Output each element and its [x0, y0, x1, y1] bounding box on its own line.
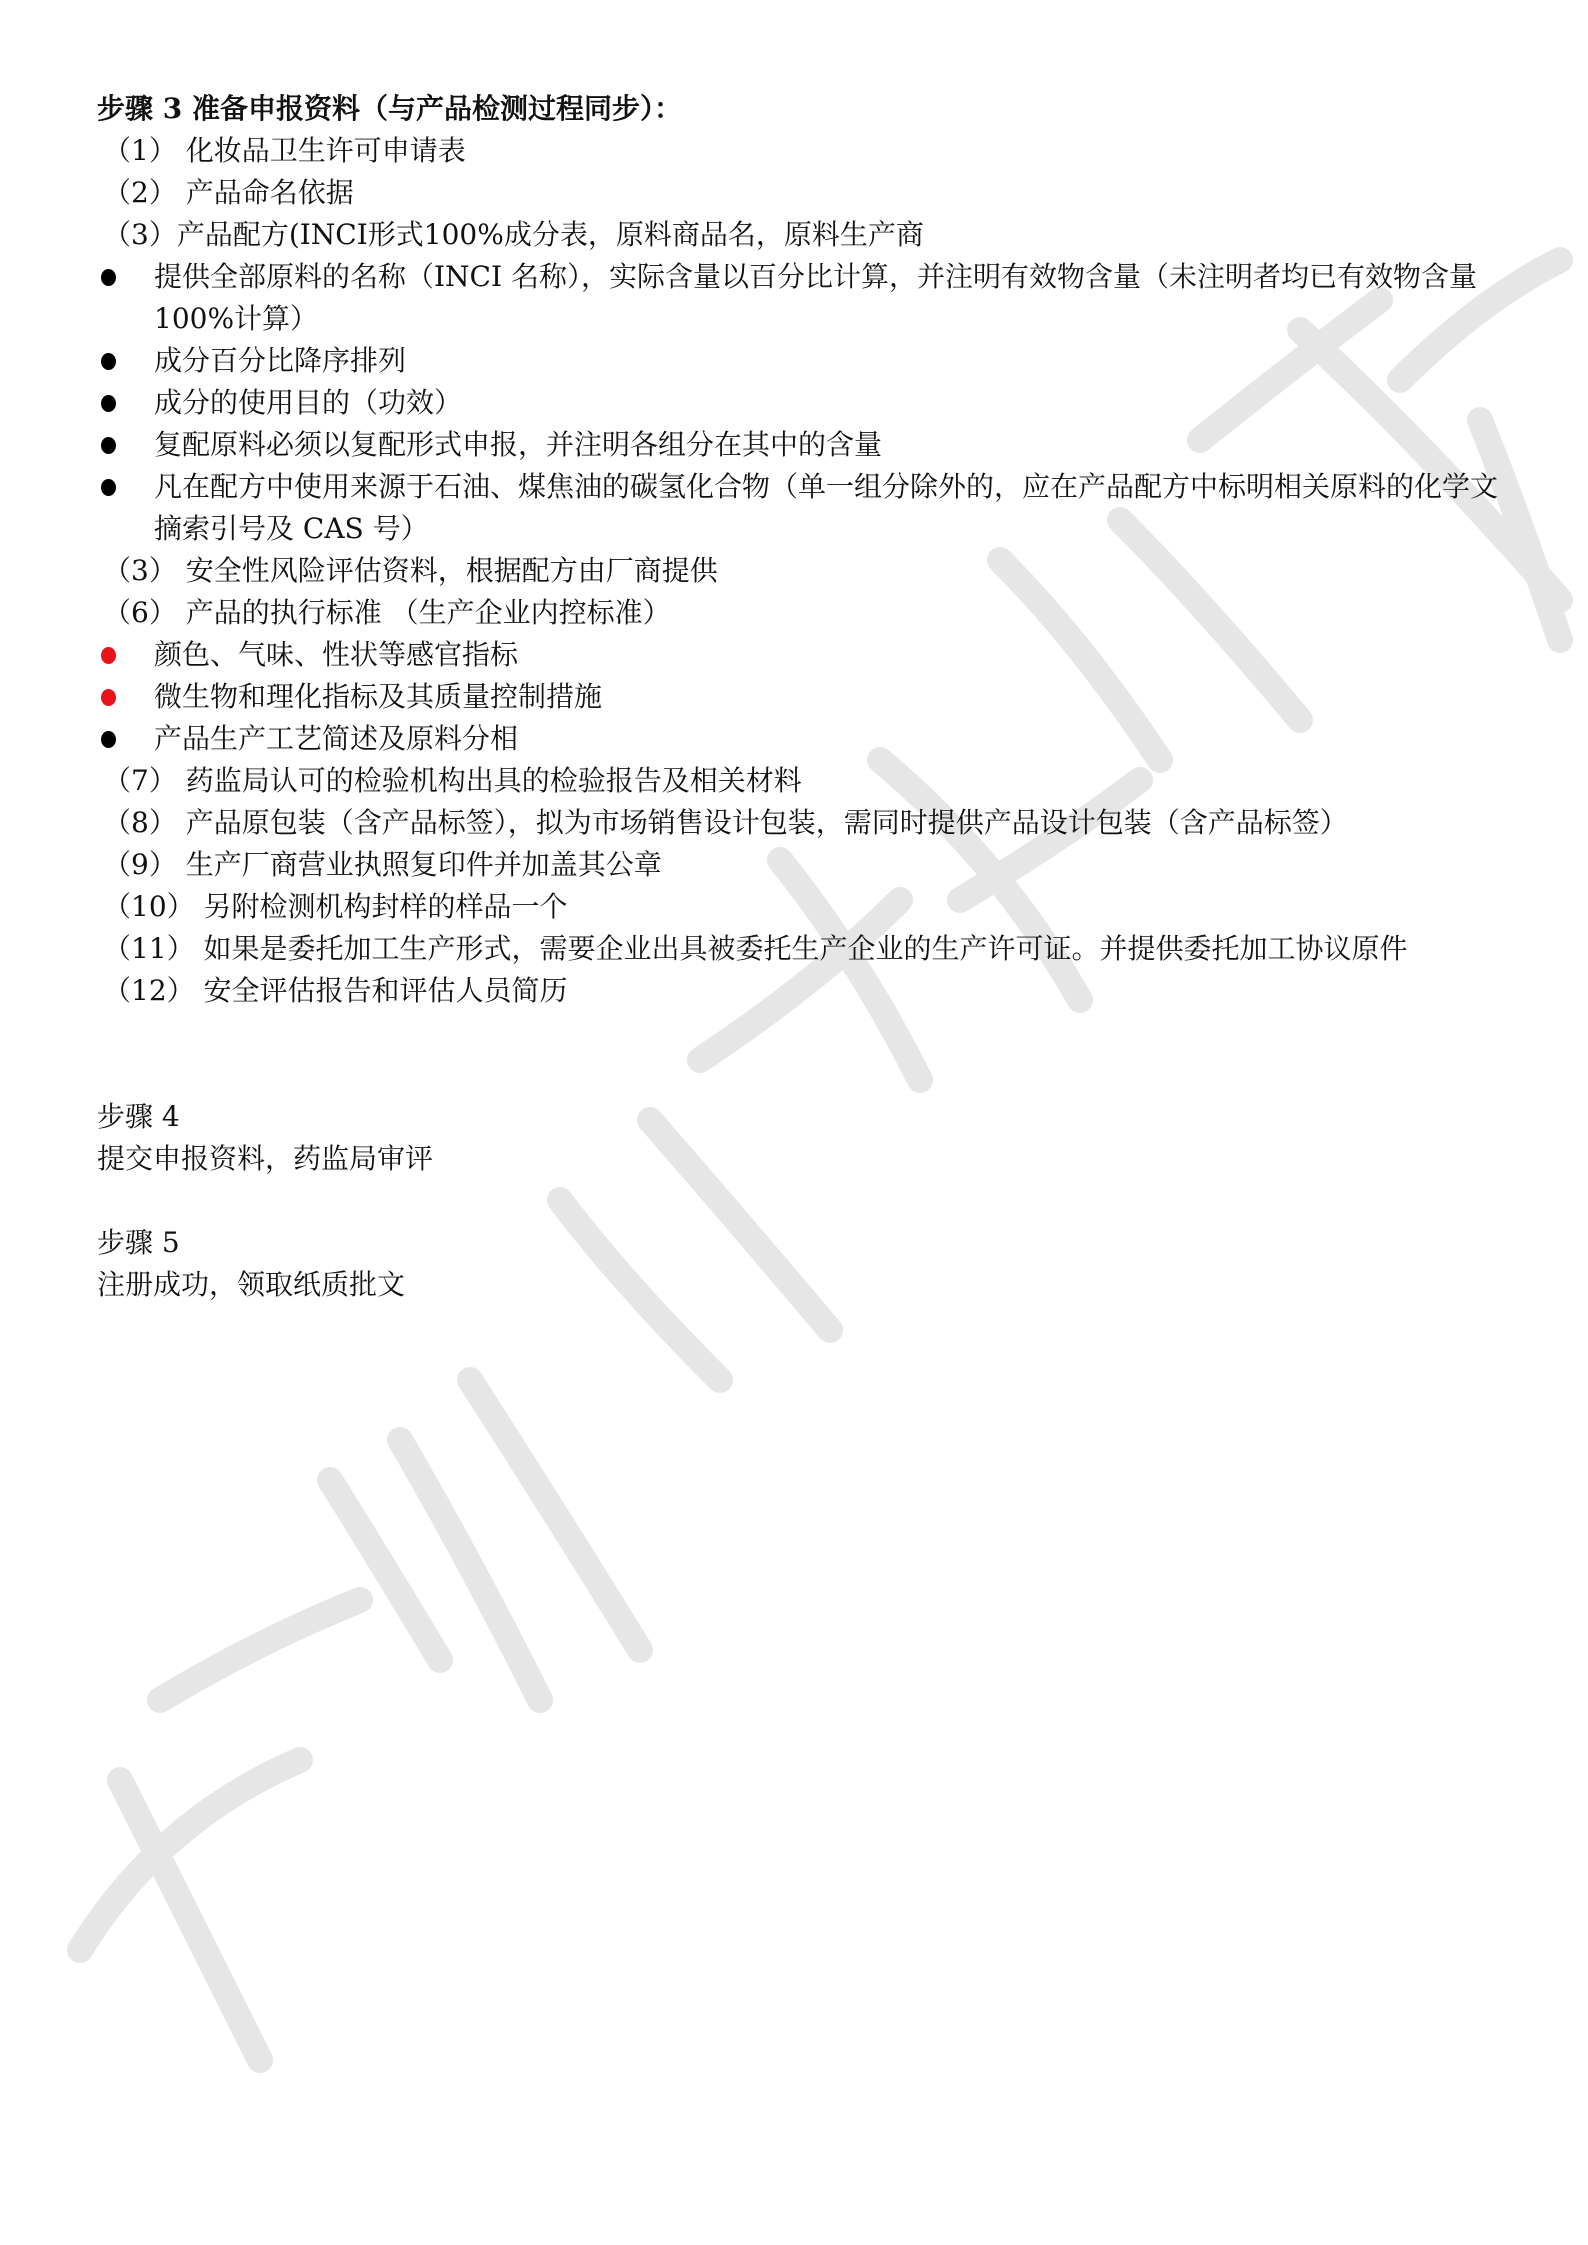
- bullet-text: 颜色、气味、性状等感官指标: [154, 638, 518, 671]
- item-10: （10） 另附检测机构封样的样品一个: [97, 886, 1517, 928]
- step4-title: 步骤 4: [97, 1096, 1517, 1138]
- item-7: （7） 药监局认可的检验机构出具的检验报告及相关材料: [97, 760, 1517, 802]
- step4-text: 提交申报资料，药监局审评: [97, 1138, 1517, 1180]
- item-1: （1） 化妆品卫生许可申请表: [97, 130, 1517, 172]
- bullet-item: 成分百分比降序排列: [97, 340, 1517, 382]
- bullet-dot-icon: [101, 353, 116, 370]
- bullet-text: 成分的使用目的（功效）: [154, 386, 462, 419]
- item-12: （12） 安全评估报告和评估人员简历: [97, 970, 1517, 1012]
- item-9: （9） 生产厂商营业执照复印件并加盖其公章: [97, 844, 1517, 886]
- item-11: （11） 如果是委托加工生产形式，需要企业出具被委托生产企业的生产许可证。并提供…: [97, 928, 1517, 970]
- bullet-text: 成分百分比降序排列: [154, 344, 406, 377]
- bullet-text: 产品生产工艺简述及原料分相: [154, 722, 518, 755]
- bullet-text: 复配原料必须以复配形式申报，并注明各组分在其中的含量: [154, 428, 882, 461]
- bullet-dot-icon: [101, 479, 116, 496]
- item-safety: （3） 安全性风险评估资料，根据配方由厂商提供: [97, 550, 1517, 592]
- bullet-dot-icon: [101, 437, 116, 454]
- red-bullet-dot-icon: [101, 689, 116, 706]
- step3-title: 步骤 3 准备申报资料（与产品检测过程同步）：: [97, 88, 1517, 130]
- red-bullet-dot-icon: [101, 647, 116, 664]
- bullet-text: 提供全部原料的名称（INCI 名称），实际含量以百分比计算，并注明有效物含量（未…: [154, 260, 1477, 335]
- bullet-text: 凡在配方中使用来源于石油、煤焦油的碳氢化合物（单一组分除外的，应在产品配方中标明…: [154, 470, 1498, 545]
- item-2: （2） 产品命名依据: [97, 172, 1517, 214]
- bullet-dot-icon: [101, 269, 116, 286]
- bullet-item: 成分的使用目的（功效）: [97, 382, 1517, 424]
- bullet-dot-icon: [101, 731, 116, 748]
- bullet-item: 复配原料必须以复配形式申报，并注明各组分在其中的含量: [97, 424, 1517, 466]
- bullet-item: 凡在配方中使用来源于石油、煤焦油的碳氢化合物（单一组分除外的，应在产品配方中标明…: [97, 466, 1517, 550]
- bullet-text: 微生物和理化指标及其质量控制措施: [154, 680, 602, 713]
- bullet-dot-icon: [101, 395, 116, 412]
- item-6: （6） 产品的执行标准 （生产企业内控标准）: [97, 592, 1517, 634]
- bullet-item: 提供全部原料的名称（INCI 名称），实际含量以百分比计算，并注明有效物含量（未…: [97, 256, 1517, 340]
- document-body: 步骤 3 准备申报资料（与产品检测过程同步）： （1） 化妆品卫生许可申请表 （…: [97, 88, 1517, 1306]
- item-3: （3）产品配方(INCI形式100%成分表，原料商品名，原料生产商: [97, 214, 1517, 256]
- item-8: （8） 产品原包装（含产品标签），拟为市场销售设计包装，需同时提供产品设计包装（…: [97, 802, 1517, 844]
- bullet-item: 产品生产工艺简述及原料分相: [97, 718, 1517, 760]
- step5-title: 步骤 5: [97, 1222, 1517, 1264]
- bullet-item-red: 颜色、气味、性状等感官指标: [97, 634, 1517, 676]
- bullet-item-red: 微生物和理化指标及其质量控制措施: [97, 676, 1517, 718]
- step5-text: 注册成功，领取纸质批文: [97, 1264, 1517, 1306]
